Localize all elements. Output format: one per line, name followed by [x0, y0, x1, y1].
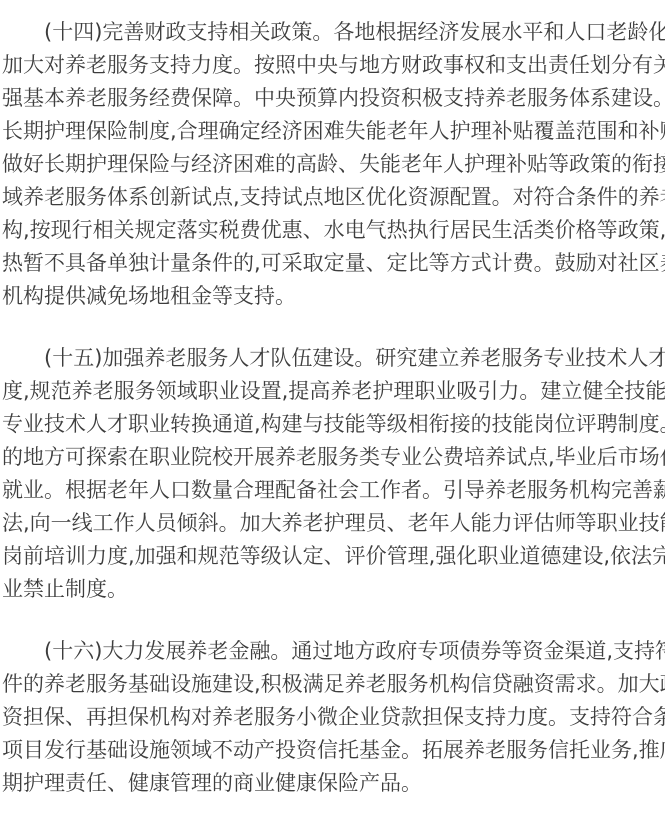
text-line: 期护理责任、健康管理的商业健康保险产品。: [2, 767, 665, 800]
paragraph-section-十四: (十四)完善财政支持相关政策。各地根据经济发展水平和人口老龄化程度,加大对养老服…: [2, 16, 665, 313]
text-line: 做好长期护理保险与经济困难的高龄、失能老年人护理补贴等政策的衔接。开展县: [2, 148, 665, 181]
text-line: 的地方可探索在职业院校开展养老服务类专业公费培养试点,毕业后市场化社会化: [2, 441, 665, 474]
text-line: 构,按现行相关规定落实税费优惠、水电气热执行居民生活类价格等政策,水电气: [2, 214, 665, 247]
text-line: 域养老服务体系创新试点,支持试点地区优化资源配置。对符合条件的养老服务机: [2, 181, 665, 214]
text-line: 法,向一线工作人员倾斜。加大养老护理员、老年人能力评估师等职业技能培训、: [2, 507, 665, 540]
paragraph-section-十五: (十五)加强养老服务人才队伍建设。研究建立养老服务专业技术人才评价制度,规范养老…: [2, 342, 665, 606]
text-line: 项目发行基础设施领域不动产投资信托基金。拓展养老服务信托业务,推广包含长: [2, 734, 665, 767]
document-body: (十四)完善财政支持相关政策。各地根据经济发展水平和人口老龄化程度,加大对养老服…: [2, 16, 665, 800]
text-line: 加大对养老服务支持力度。按照中央与地方财政事权和支出责任划分有关原则,加: [2, 49, 665, 82]
text-line: 岗前培训力度,加强和规范等级认定、评价管理,强化职业道德建设,依法完善从: [2, 540, 665, 573]
text-line: 机构提供减免场地租金等支持。: [2, 280, 665, 313]
text-line: 资担保、再担保机构对养老服务小微企业贷款担保支持力度。支持符合条件的养老: [2, 701, 665, 734]
text-line: 强基本养老服务经费保障。中央预算内投资积极支持养老服务体系建设。加快建立: [2, 82, 665, 115]
text-line: 件的养老服务基础设施建设,积极满足养老服务机构信贷融资需求。加大政府性融: [2, 668, 665, 701]
text-line: (十六)大力发展养老金融。通过地方政府专项债券等资金渠道,支持符合条: [2, 635, 665, 668]
document-page: (十四)完善财政支持相关政策。各地根据经济发展水平和人口老龄化程度,加大对养老服…: [0, 0, 667, 828]
text-line: 长期护理保险制度,合理确定经济困难失能老年人护理补贴覆盖范围和补贴标准,: [2, 115, 665, 148]
text-line: 就业。根据老年人口数量合理配备社会工作者。引导养老服务机构完善薪酬分配办: [2, 474, 665, 507]
text-line: 业禁止制度。: [2, 573, 665, 606]
text-line: 热暂不具备单独计量条件的,可采取定量、定比等方式计费。鼓励对社区养老服务: [2, 247, 665, 280]
text-line: (十五)加强养老服务人才队伍建设。研究建立养老服务专业技术人才评价制: [2, 342, 665, 375]
paragraph-section-十六: (十六)大力发展养老金融。通过地方政府专项债券等资金渠道,支持符合条件的养老服务…: [2, 635, 665, 800]
text-line: 度,规范养老服务领域职业设置,提高养老护理职业吸引力。建立健全技能人才与: [2, 375, 665, 408]
text-line: 专业技术人才职业转换通道,构建与技能等级相衔接的技能岗位评聘制度。有条件: [2, 408, 665, 441]
text-line: (十四)完善财政支持相关政策。各地根据经济发展水平和人口老龄化程度,: [2, 16, 665, 49]
